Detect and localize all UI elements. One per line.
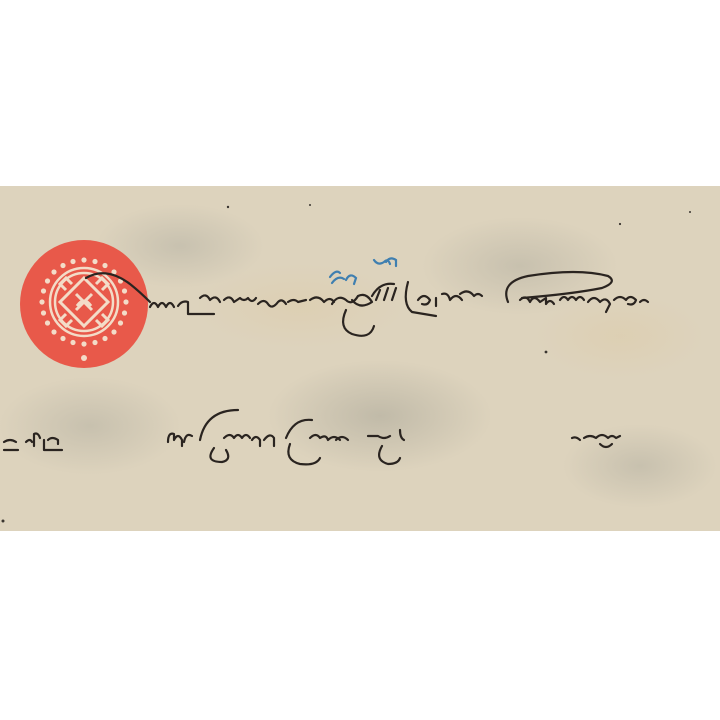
- handwritten-script: [0, 0, 720, 720]
- script-line-top: [86, 272, 648, 336]
- ink-specks: [2, 204, 692, 523]
- script-line-bottom: [4, 410, 620, 464]
- blue-annotation-marks: [330, 258, 396, 284]
